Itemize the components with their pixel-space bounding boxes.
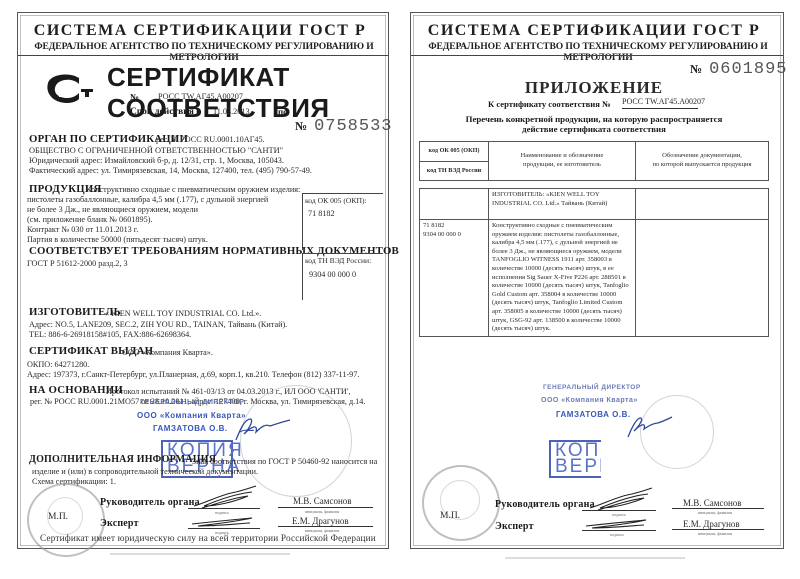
actual-address: Фактический адрес: ул. Тимирязевская, 14… [29, 166, 312, 177]
appendix-head-signature [588, 486, 654, 514]
row-codes [420, 189, 489, 220]
appendix-head-of-body-label: Руководитель органа [495, 500, 595, 511]
certificate-page: СИСТЕМА СЕРТИФИКАЦИИ ГОСТ Р ФЕДЕРАЛЬНОЕ … [0, 0, 400, 579]
appendix-copy-stamp-line-2: ВЕРН [555, 459, 597, 475]
appendix-table-body: ИЗГОТОВИТЕЛЬ: «KIEN WELL TOY INDUSTRIAL … [419, 188, 769, 337]
appendix-stamp-director: ГЕНЕРАЛЬНЫЙ ДИРЕКТОР [543, 384, 641, 391]
expert-label: Эксперт [100, 519, 139, 530]
seal-place-label: М.П. [48, 512, 68, 523]
issued-to-address: Адрес: 197373, г.Санкт-Петербург, ул.Пла… [27, 370, 359, 381]
okp-code-label: код ОК 005 (ОКП): [305, 196, 367, 207]
number-label: № [130, 92, 139, 103]
table-row: ИЗГОТОВИТЕЛЬ: «KIEN WELL TOY INDUSTRIAL … [420, 189, 769, 220]
system-title: СИСТЕМА СЕРТИФИКАЦИИ ГОСТ Р [0, 22, 400, 40]
appendix-head-name-caption: инициалы, фамилия [698, 510, 732, 515]
to-certificate-number: РОСС TW.АГ45.А00207 [622, 97, 698, 109]
appendix-expert-name-line [672, 529, 764, 530]
additional-info-line-2: изделие и (или) в сопроводительной техни… [32, 467, 258, 478]
appendix-stamp-person: ГАМЗАТОВА О.В. [556, 410, 631, 419]
standard-reference: ГОСТ Р 51612-2000 разд.2, 3 [27, 259, 128, 270]
appendix-printer-fine-print [505, 557, 685, 559]
stamp-company: ООО «Компания Кварта» [137, 411, 246, 420]
product-line-2: пистолеты газобаллонные, калибра 4,5 мм … [27, 195, 268, 206]
appendix-blank-number: 0601895 [709, 60, 787, 79]
manufacturer-name: « KIEN WELL TOY INDUSTRIAL CO. Ltd.». [105, 309, 261, 320]
row-product-name: Конструктивно сходные с пневматическим о… [489, 220, 636, 337]
header-tn-ved-code: код ТН ВЭД России [420, 162, 489, 181]
table-row: 71 8182 9304 00 000 0 Конструктивно сход… [420, 220, 769, 337]
printer-fine-print [110, 553, 290, 555]
expert-signature [190, 514, 256, 530]
certificate-number: РОСС TW.АГ45.А00207 [158, 92, 243, 103]
legal-force-note: Сертификат имеет юридическую силу на все… [40, 533, 376, 544]
appendix-head-name: М.В. Самсонов [683, 498, 742, 509]
appendix-system-title: СИСТЕМА СЕРТИФИКАЦИИ ГОСТ Р [400, 22, 788, 40]
header-product-name: Наименование и обозначение продукции, ее… [489, 142, 636, 181]
product-line-3: не более 3 Дж., не являющиеся оружием, м… [27, 205, 198, 216]
head-of-body-label: Руководитель органа [100, 498, 200, 509]
expert-name-line [278, 526, 373, 527]
appendix-stamp-company: ООО «Компания Кварта» [541, 397, 638, 404]
header-divider [18, 55, 388, 56]
row-documentation [636, 220, 769, 337]
blank-number: 0758533 [314, 117, 392, 136]
appendix-expert-signature-caption: подпись [610, 532, 624, 537]
appendix-expert-signature [584, 516, 650, 532]
appendix-blank-number-label: № [690, 62, 703, 76]
header-documentation: Обозначение документации, по которой вып… [636, 142, 769, 181]
header-okp-code: код ОК 005 (ОКП) [420, 142, 489, 162]
additional-info-label: ДОПОЛНИТЕЛЬНАЯ ИНФОРМАЦИЯ [29, 455, 216, 466]
valid-from: 11.03.2013 [213, 107, 250, 118]
head-name: М.В. Самсонов [293, 496, 352, 507]
manufacturer-contacts: TEL: 886-6-26918158#105, FAX:886-6269836… [29, 330, 191, 341]
appendix-expert-label: Эксперт [495, 522, 534, 533]
appendix-header-divider [411, 55, 783, 56]
blank-serial-number: №0758533 [295, 117, 392, 136]
tn-ved-value: 9304 00 000 0 [309, 270, 356, 281]
certification-body-reg: рег. № РОСС RU.0001.10АГ45. [156, 135, 265, 146]
product-list-heading-2: действие сертификата соответствия [400, 124, 788, 135]
blank-number-label: № [295, 119, 308, 133]
header-product-name-line-2: продукции, ее изготовитель [492, 161, 632, 170]
contract-line: Контракт № 030 от 11.01.2013 г. [27, 225, 138, 236]
header-product-name-line-1: Наименование и обозначение [492, 152, 632, 161]
manufacturer-address: Адрес: NO.5, LANE209, SEC.2, ZIH YOU RD.… [29, 320, 287, 331]
row-okp-code: 71 8182 [423, 222, 485, 231]
header-documentation-line-2: по которой выпускается продукция [639, 161, 765, 170]
agency-title: ФЕДЕРАЛЬНОЕ АГЕНТСТВО ПО ТЕХНИЧЕСКОМУ РЕ… [20, 41, 388, 63]
product-line-4: (см. приложение бланк № 0601895). [27, 215, 152, 226]
appendix-expert-name: Е.М. Драгунов [683, 519, 740, 530]
product-list-heading-1: Перечень конкретной продукции, на котору… [400, 114, 788, 125]
appendix-title: ПРИЛОЖЕНИЕ [400, 78, 788, 98]
issued-to-okpo: ОКПО: 64271280. [27, 360, 89, 371]
appendix-page: СИСТЕМА СЕРТИФИКАЦИИ ГОСТ Р ФЕДЕРАЛЬНОЕ … [400, 0, 800, 579]
additional-info-line-1: Знак соответствия по ГОСТ Р 50460-92 нан… [192, 457, 377, 468]
row-product-name: ИЗГОТОВИТЕЛЬ: «KIEN WELL TOY INDUSTRIAL … [489, 189, 636, 220]
okp-code-value: 71 8182 [308, 209, 335, 220]
appendix-copy-certified-stamp: КОП ВЕРН [549, 440, 601, 478]
valid-to-label: по [278, 107, 288, 118]
head-signature [192, 484, 258, 512]
row-documentation [636, 189, 769, 220]
product-line-1: Конструктивно сходные с пневматическим о… [86, 185, 300, 196]
row-codes: 71 8182 9304 00 000 0 [420, 220, 489, 337]
to-certificate-label: К сертификату соответствия № [488, 99, 611, 110]
expert-name: Е.М. Драгунов [292, 516, 349, 527]
stamp-director: ГЕНЕРАЛЬНЫЙ ДИРЕКТОР [140, 399, 244, 406]
validity-label: Срок действия с [130, 107, 200, 118]
head-name-caption: инициалы, фамилия [305, 509, 339, 514]
tn-ved-label: код ТН ВЭД России: [305, 256, 371, 267]
appendix-table-header: код ОК 005 (ОКП) Наименование и обозначе… [419, 141, 769, 181]
stamp-person: ГАМЗАТОВА О.В. [153, 424, 228, 433]
batch-line: Партия в количестве 50000 (пятьдесят тыс… [27, 235, 208, 246]
legal-address: Юридический адрес: Измайловский б-р, д. … [29, 156, 284, 167]
appendix-director-signature [624, 413, 674, 439]
header-documentation-line-1: Обозначение документации, [639, 152, 765, 161]
rst-gost-mark-icon [45, 73, 97, 105]
row-tn-ved-code: 9304 00 000 0 [423, 231, 485, 240]
issued-to-name: ООО «Компания Кварта». [122, 348, 213, 359]
appendix-expert-name-caption: инициалы, фамилия [698, 531, 732, 536]
appendix-blank-serial: №0601895 [690, 60, 787, 79]
appendix-head-name-line [672, 508, 764, 509]
head-name-line [278, 507, 373, 508]
certification-body-name: ОБЩЕСТВО С ОГРАНИЧЕННОЙ ОТВЕТСТВЕННОСТЬЮ… [29, 146, 283, 157]
appendix-seal-place-label: М.П. [440, 511, 460, 522]
